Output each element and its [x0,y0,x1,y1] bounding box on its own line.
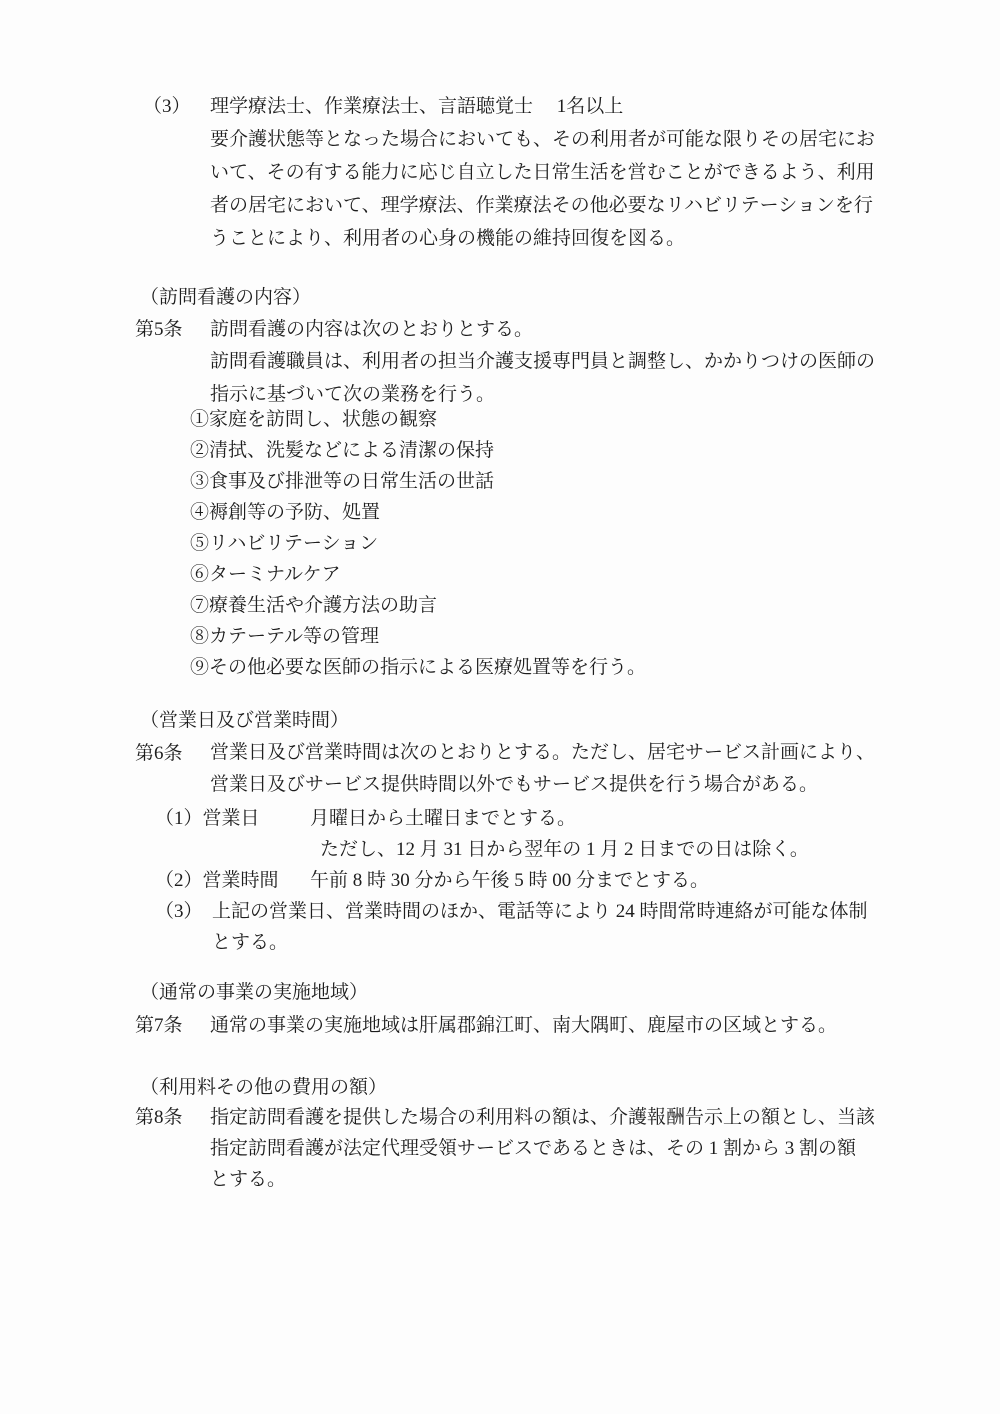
business-hours-row: （2）営業時間午前 8 時 30 分から午後 5 時 00 分までとする。 [155,865,868,896]
contact-system-row: （3） 上記の営業日、営業時間のほか、電話等により 24 時間常時連絡が可能な体… [155,896,868,958]
care-item: ②清拭、洗髪などによる清潔の保持 [190,435,1000,466]
article5-paragraph: 訪問看護職員は、利用者の担当介護支援専門員と調整し、かかりつけの医師の 指示に基… [210,345,1000,411]
section6-header: （営業日及び営業時間） [140,704,349,737]
section7-header: （通常の事業の実施地域） [140,976,368,1009]
care-item: ⑤リハビリテーション [190,528,1000,559]
clause3-line: 要介護状態等となった場合においても、その利用者が可能な限りその居宅にお [210,123,1000,156]
article8-number: 第8条 [135,1102,183,1133]
business-day-label: （1）営業日 [155,803,310,834]
clause3-marker: （3） [143,90,191,123]
care-item: ③食事及び排泄等の日常生活の世話 [190,466,1000,497]
care-item: ⑧カテーテル等の管理 [190,621,1000,652]
business-hours-label: （2）営業時間 [155,865,310,896]
care-item: ⑨その他必要な医師の指示による医療処置等を行う。 [190,652,1000,683]
clause3-line: 者の居宅において、理学療法、作業療法その他必要なリハビリテーションを行 [210,189,1000,222]
article7-row: 第7条 通常の事業の実施地域は肝属郡錦江町、南大隅町、鹿屋市の区域とする。 [0,1009,1000,1042]
care-item: ①家庭を訪問し、状態の観察 [190,404,1000,435]
business-day-row: （1）営業日月曜日から土曜日までとする。 [155,803,868,834]
article5-row: 第5条 訪問看護の内容は次のとおりとする。 [0,313,1000,346]
care-task-list: ①家庭を訪問し、状態の観察 ②清拭、洗髪などによる清潔の保持 ③食事及び排泄等の… [190,404,1000,683]
section8-header: （利用料その他の費用の額） [140,1071,387,1104]
business-day-note: ただし、12 月 31 日から翌年の 1 月 2 日までの日は除く。 [155,834,868,865]
article5-number: 第5条 [135,313,183,346]
business-hours-value: 午前 8 時 30 分から午後 5 時 00 分までとする。 [310,870,709,891]
clause6-3-marker: （3） [155,896,212,958]
clause3-line: いて、その有する能力に応じ自立した日常生活を営むことができるよう、利用 [210,156,1000,189]
article8-line: 指定訪問看護を提供した場合の利用料の額は、介護報酬告示上の額とし、当該 [210,1102,1000,1133]
article7-body: 通常の事業の実施地域は肝属郡錦江町、南大隅町、鹿屋市の区域とする。 [210,1009,1000,1042]
care-item: ④褥創等の予防、処置 [190,497,1000,528]
article6-lead-line: 営業日及び営業時間は次のとおりとする。ただし、居宅サービス計画により、 [210,737,1000,769]
clause6-3-line: とする。 [212,927,868,958]
care-item: ⑦療養生活や介護方法の助言 [190,590,1000,621]
clause3-line: うことにより、利用者の心身の機能の維持回復を図る。 [210,222,1000,255]
article6-lead-line: 営業日及びサービス提供時間以外でもサービス提供を行う場合がある。 [210,769,1000,801]
article8-row: 第8条 指定訪問看護を提供した場合の利用料の額は、介護報酬告示上の額とし、当該 … [0,1102,1000,1195]
article7-number: 第7条 [135,1009,183,1042]
article6-row: 第6条 営業日及び営業時間は次のとおりとする。ただし、居宅サービス計画により、 … [0,737,1000,801]
clause6-3-line: 上記の営業日、営業時間のほか、電話等により 24 時間常時連絡が可能な体制 [212,896,868,927]
clause-3-block: （3） 理学療法士、作業療法士、言語聴覚士 1名以上 要介護状態等となった場合に… [0,90,1000,255]
article5-para-line: 訪問看護職員は、利用者の担当介護支援専門員と調整し、かかりつけの医師の [210,345,1000,378]
article5-lead: 訪問看護の内容は次のとおりとする。 [210,313,1000,346]
scanned-page: （3） 理学療法士、作業療法士、言語聴覚士 1名以上 要介護状態等となった場合に… [0,0,1000,1414]
contact-system-text: 上記の営業日、営業時間のほか、電話等により 24 時間常時連絡が可能な体制 とす… [212,896,868,958]
care-item: ⑥ターミナルケア [190,559,1000,590]
article6-number: 第6条 [135,737,183,770]
article8-line: とする。 [210,1164,1000,1195]
section5-header: （訪問看護の内容） [140,281,311,314]
article8-line: 指定訪問看護が法定代理受領サービスであるときは、その 1 割から 3 割の額 [210,1133,1000,1164]
article6-subitems: （1）営業日月曜日から土曜日までとする。 ただし、12 月 31 日から翌年の … [155,803,868,958]
business-day-value: 月曜日から土曜日までとする。 [310,808,576,829]
clause3-heading: 理学療法士、作業療法士、言語聴覚士 1名以上 [210,90,1000,123]
